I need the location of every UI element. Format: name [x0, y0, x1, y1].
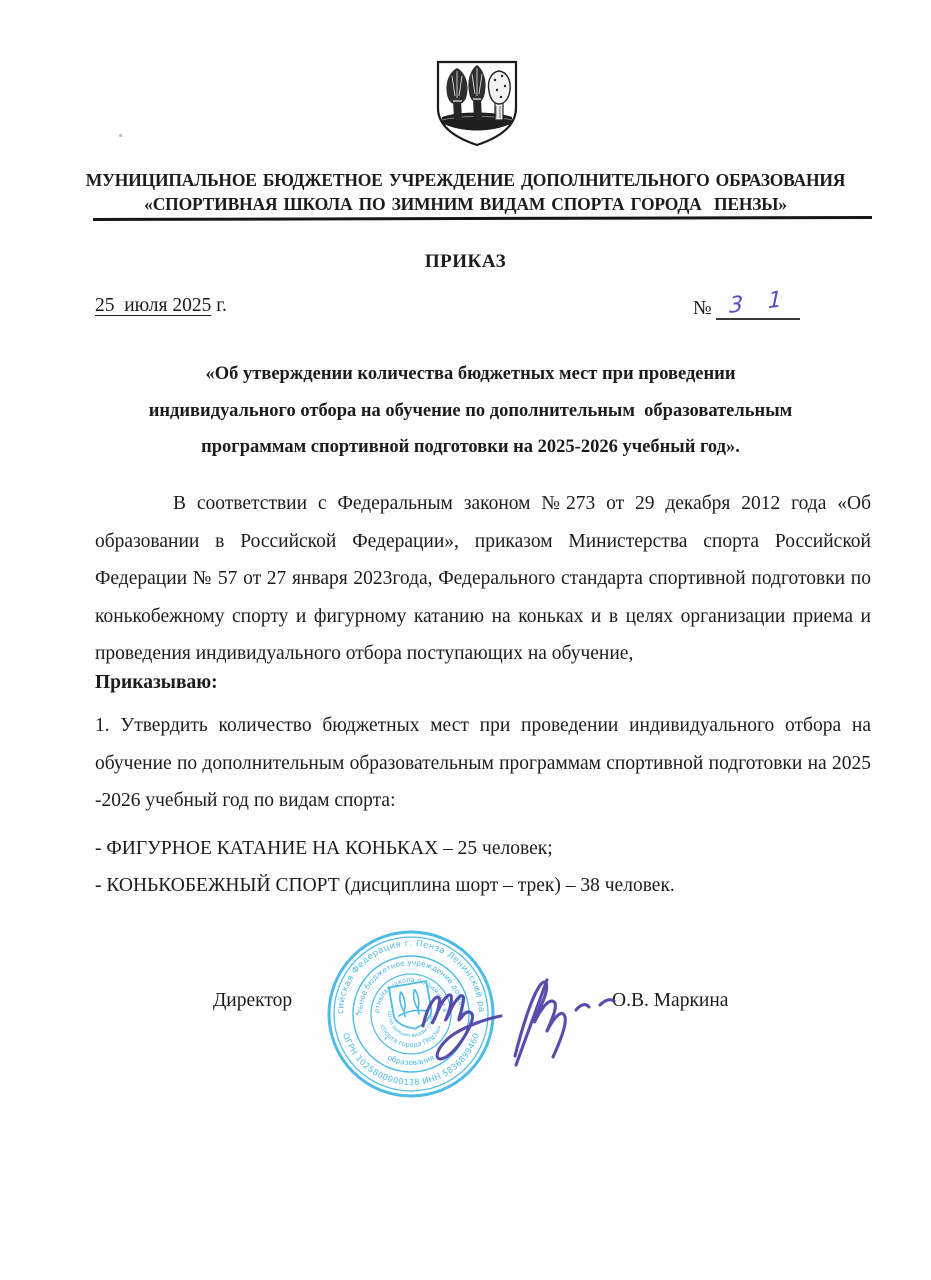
svg-text:*: *	[384, 1036, 388, 1044]
decree-item-1: 1. Утвердить количество бюджетных мест п…	[95, 707, 871, 820]
order-number: №3 1	[693, 295, 800, 322]
svg-text:*: *	[355, 1011, 359, 1020]
signatory-role: Директор	[213, 990, 292, 1012]
sport-item-figure-skating: - ФИГУРНОЕ КАТАНИЕ НА КОНЬКАХ – 25 челов…	[95, 831, 871, 868]
order-title-line2: индивидуального отбора на обучение по до…	[110, 393, 831, 430]
order-title-line3: программам спортивной подготовки на 2025…	[110, 429, 831, 466]
penza-coat-of-arms-icon	[429, 56, 525, 152]
document-page: МУНИЦИПАЛЬНОЕ БЮДЖЕТНОЕ УЧРЕЖДЕНИЕ ДОПОЛ…	[0, 0, 931, 1280]
org-header: МУНИЦИПАЛЬНОЕ БЮДЖЕТНОЕ УЧРЕЖДЕНИЕ ДОПОЛ…	[50, 168, 881, 216]
order-title-line1: «Об утверждении количества бюджетных мес…	[110, 356, 831, 393]
header-divider	[93, 216, 872, 221]
org-header-line1: МУНИЦИПАЛЬНОЕ БЮДЖЕТНОЕ УЧРЕЖДЕНИЕ ДОПОЛ…	[50, 168, 881, 192]
order-title: «Об утверждении количества бюджетных мес…	[110, 356, 831, 466]
sport-item-speed-skating: - КОНЬКОБЕЖНЫЙ СПОРТ (дисциплина шорт – …	[95, 868, 871, 905]
decree-label: Приказываю:	[95, 672, 218, 694]
order-number-label: №	[693, 298, 712, 319]
order-date-underlined: 25 июля 2025	[95, 295, 211, 316]
sports-list: - ФИГУРНОЕ КАТАНИЕ НА КОНЬКАХ – 25 челов…	[95, 831, 871, 904]
order-number-blank: 3 1	[716, 293, 800, 320]
director-signature-icon	[395, 968, 630, 1083]
order-number-handwritten: 3 1	[729, 286, 791, 319]
preamble-paragraph: В соответствии с Федеральным законом №27…	[95, 485, 871, 673]
order-date-suffix: г.	[211, 295, 227, 316]
doc-type-title: ПРИКАЗ	[0, 251, 931, 273]
order-date: 25 июля 2025 г.	[95, 295, 227, 317]
scan-artifact-dot	[119, 134, 122, 137]
org-header-line2: «СПОРТИВНАЯ ШКОЛА ПО ЗИМНИМ ВИДАМ СПОРТА…	[50, 192, 881, 216]
